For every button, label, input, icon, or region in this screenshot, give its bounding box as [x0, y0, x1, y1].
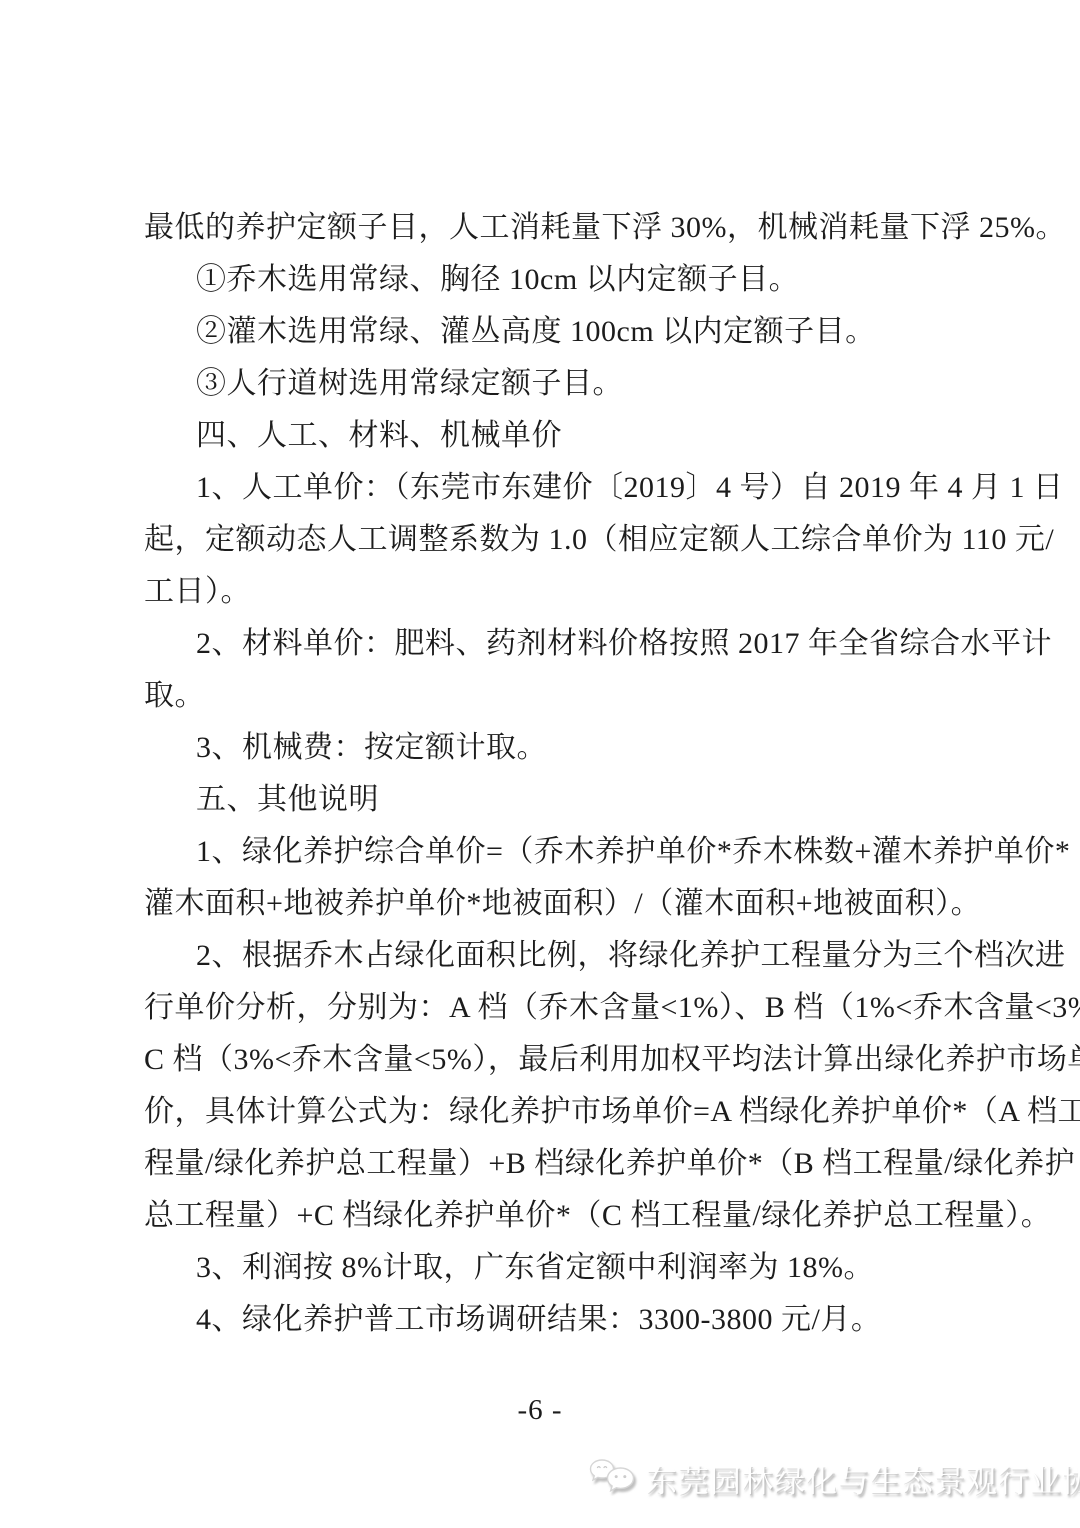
document-line: 4、绿化养护普工市场调研结果：3300-3800 元/月。	[144, 1294, 974, 1346]
document-line: 灌木面积+地被养护单价*地被面积）/（灌木面积+地被面积）。	[144, 878, 974, 930]
document-line: 1、人工单价：（东莞市东建价〔2019〕4 号）自 2019 年 4 月 1 日	[144, 462, 974, 514]
document-line: 取。	[144, 670, 974, 722]
document-line: 3、利润按 8%计取，广东省定额中利润率为 18%。	[144, 1242, 974, 1294]
document-line: 2、根据乔木占绿化面积比例，将绿化养护工程量分为三个档次进	[144, 930, 974, 982]
document-line: 价，具体计算公式为：绿化养护市场单价=A 档绿化养护单价*（A 档工	[144, 1086, 974, 1138]
document-line: 3、机械费：按定额计取。	[144, 722, 974, 774]
document-line: 1、绿化养护综合单价=（乔木养护单价*乔木株数+灌木养护单价*	[144, 826, 974, 878]
document-line: 2、材料单价：肥料、药剂材料价格按照 2017 年全省综合水平计	[144, 618, 974, 670]
document-page: 最低的养护定额子目，人工消耗量下浮 30%，机械消耗量下浮 25%。 ①乔木选用…	[0, 0, 1080, 1528]
document-line: 最低的养护定额子目，人工消耗量下浮 30%，机械消耗量下浮 25%。	[144, 202, 974, 254]
document-line: 起，定额动态人工调整系数为 1.0（相应定额人工综合单价为 110 元/	[144, 514, 974, 566]
document-line: 五、其他说明	[144, 774, 974, 826]
document-line: ③人行道树选用常绿定额子目。	[144, 358, 974, 410]
document-line: 总工程量）+C 档绿化养护单价*（C 档工程量/绿化养护总工程量）。	[144, 1190, 974, 1242]
document-line: 程量/绿化养护总工程量）+B 档绿化养护单价*（B 档工程量/绿化养护	[144, 1138, 974, 1190]
document-line: 工日）。	[144, 566, 974, 618]
document-line: ②灌木选用常绿、灌丛高度 100cm 以内定额子目。	[144, 306, 974, 358]
watermark-text: 东莞园林绿化与生态景观行业协会	[646, 1456, 1080, 1501]
document-line: C 档（3%<乔木含量<5%），最后利用加权平均法计算出绿化养护市场单	[144, 1034, 974, 1086]
chat-bubbles-logo-icon	[588, 1458, 638, 1500]
document-line: ①乔木选用常绿、胸径 10cm 以内定额子目。	[144, 254, 974, 306]
document-line: 行单价分析，分别为：A 档（乔木含量<1%）、B 档（1%<乔木含量<3%）、	[144, 982, 974, 1034]
document-line: 四、人工、材料、机械单价	[144, 410, 974, 462]
watermark: 东莞园林绿化与生态景观行业协会	[588, 1456, 1080, 1501]
document-body: 最低的养护定额子目，人工消耗量下浮 30%，机械消耗量下浮 25%。 ①乔木选用…	[144, 202, 974, 1346]
page-number: -6 -	[0, 1394, 1080, 1427]
